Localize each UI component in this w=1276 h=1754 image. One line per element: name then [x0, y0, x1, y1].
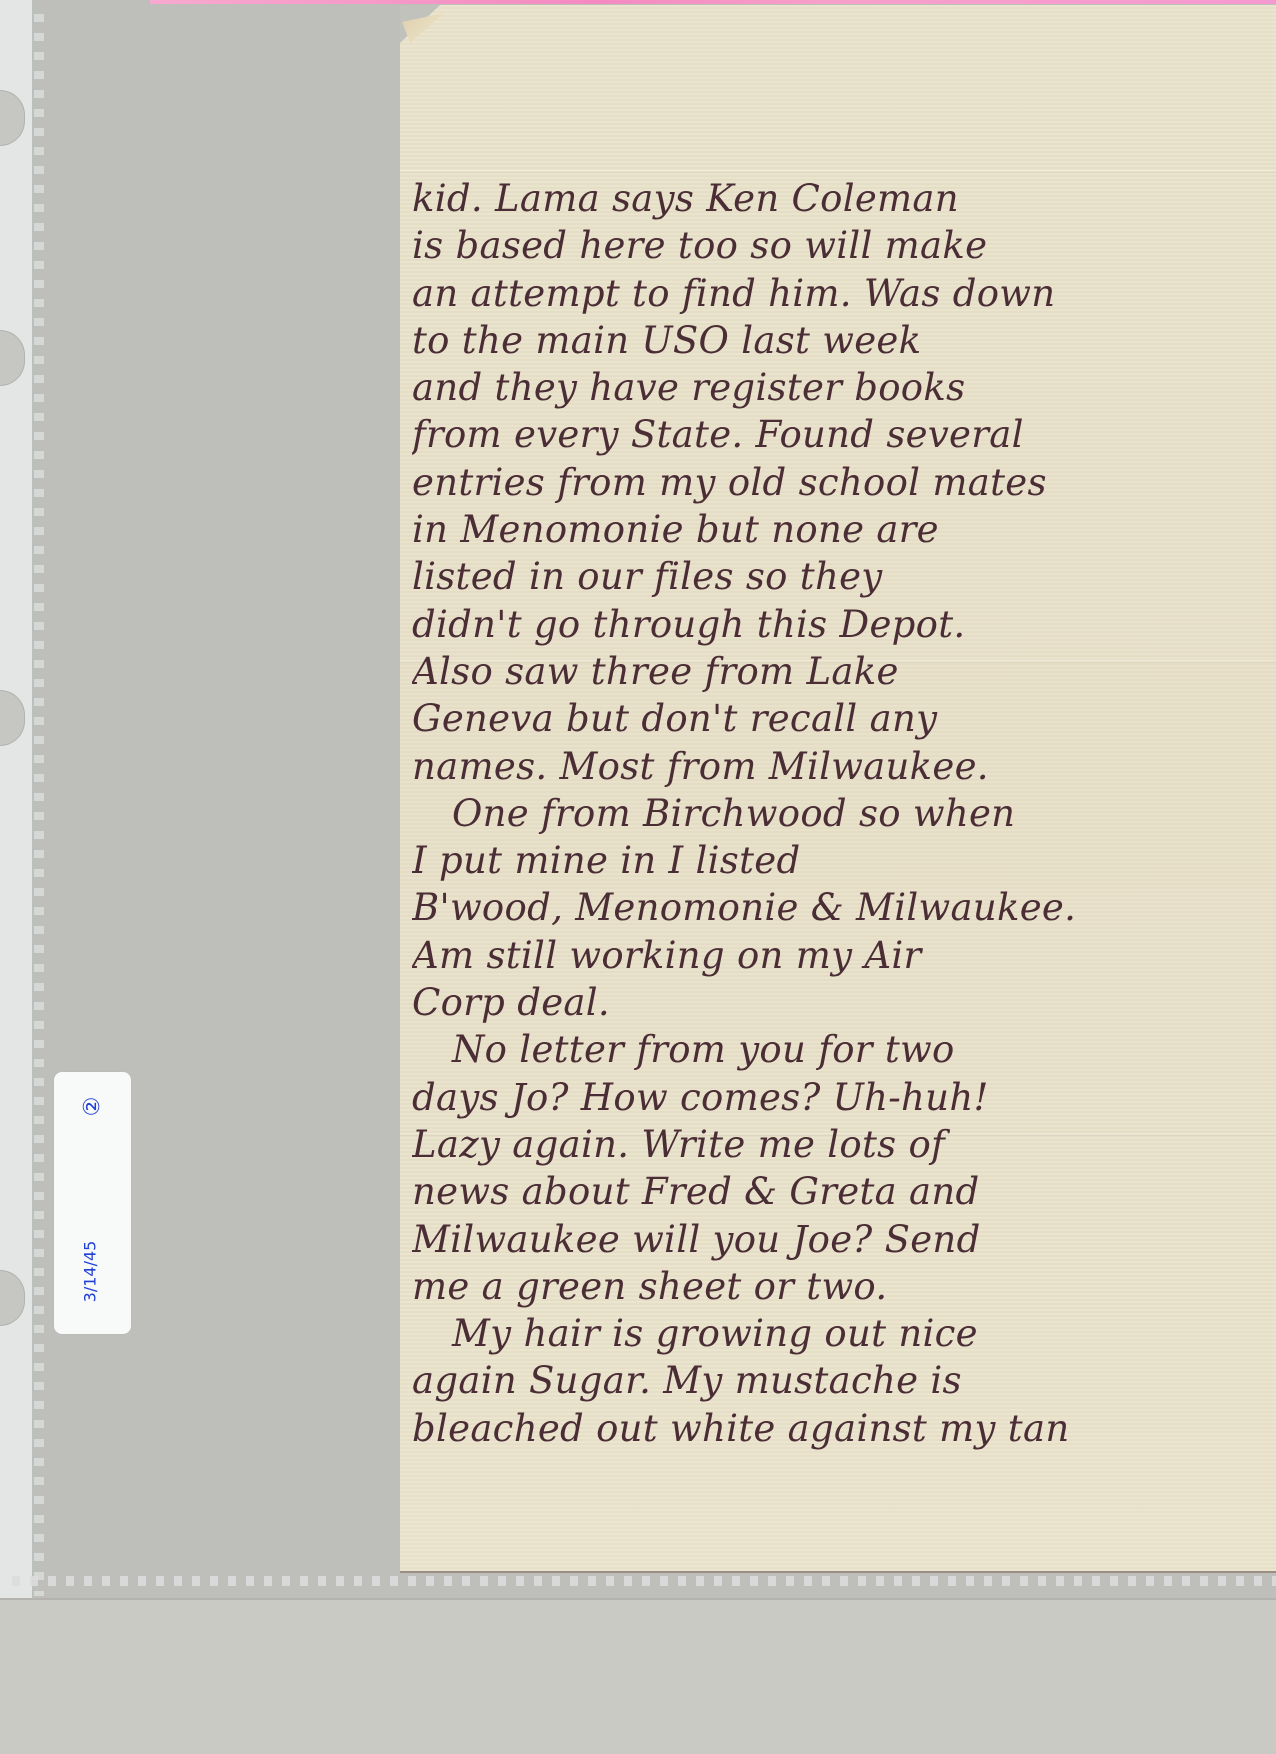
letter-line: listed in our files so they	[412, 553, 1272, 600]
archive-label-card: ② 3/14/45	[54, 1072, 131, 1334]
letter-line: My hair is growing out nice	[412, 1310, 1272, 1357]
paper-fold-crease	[400, 170, 1276, 173]
letter-line: entries from my old school mates	[412, 459, 1272, 506]
letter-line: Am still working on my Air	[412, 932, 1272, 979]
letter-line: One from Birchwood so when	[412, 790, 1272, 837]
page-number-label: ②	[80, 1068, 105, 1145]
letter-line: bleached out white against my tan	[412, 1405, 1272, 1452]
letter-line: Lazy again. Write me lots of	[412, 1121, 1272, 1168]
date-label: 3/14/45	[81, 1212, 100, 1332]
letter-line: I put mine in I listed	[412, 837, 1272, 884]
letter-line: Also saw three from Lake	[412, 648, 1272, 695]
scanner-background	[0, 1600, 1276, 1754]
letter-line: and they have register books	[412, 364, 1272, 411]
sleeve-binding-strip	[0, 0, 33, 1598]
sleeve-perforation-horizontal	[12, 1576, 1276, 1586]
handwritten-letter-body: kid. Lama says Ken Coleman is based here…	[412, 175, 1272, 1452]
letter-line: Corp deal.	[412, 979, 1272, 1026]
binder-hole-icon	[0, 330, 25, 386]
binder-hole-icon	[0, 90, 25, 146]
scanner-edge-strip	[150, 0, 1276, 4]
letter-line: B'wood, Menomonie & Milwaukee.	[412, 884, 1272, 931]
letter-line: an attempt to find him. Was down	[412, 270, 1272, 317]
letter-line: didn't go through this Depot.	[412, 601, 1272, 648]
letter-line: Milwaukee will you Joe? Send	[412, 1216, 1272, 1263]
letter-line: me a green sheet or two.	[412, 1263, 1272, 1310]
letter-page: kid. Lama says Ken Coleman is based here…	[400, 5, 1276, 1573]
sleeve-perforation-vertical	[34, 6, 44, 1596]
letter-line: kid. Lama says Ken Coleman	[412, 175, 1272, 222]
letter-line: No letter from you for two	[412, 1026, 1272, 1073]
letter-line: from every State. Found several	[412, 411, 1272, 458]
letter-line: to the main USO last week	[412, 317, 1272, 364]
letter-line: news about Fred & Greta and	[412, 1168, 1272, 1215]
letter-line: is based here too so will make	[412, 222, 1272, 269]
letter-line: Geneva but don't recall any	[412, 695, 1272, 742]
letter-line: names. Most from Milwaukee.	[412, 743, 1272, 790]
letter-line: again Sugar. My mustache is	[412, 1357, 1272, 1404]
binder-hole-icon	[0, 1270, 25, 1326]
letter-line: days Jo? How comes? Uh-huh!	[412, 1074, 1272, 1121]
letter-line: in Menomonie but none are	[412, 506, 1272, 553]
sheet-protector-sleeve: ② 3/14/45 kid. Lama says Ken Coleman is …	[0, 0, 1276, 1600]
binder-hole-icon	[0, 690, 25, 746]
